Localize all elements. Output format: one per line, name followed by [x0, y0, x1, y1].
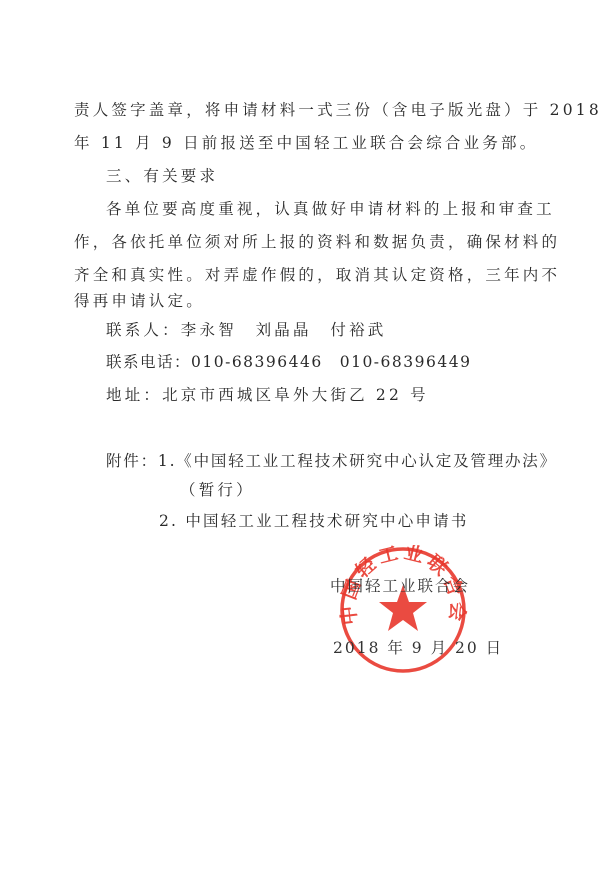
contact-phone: 联系电话：010-68396446 010-68396449 — [106, 352, 471, 372]
paragraph-line: 各单位要高度重视，认真做好申请材料的上报和审查工 — [106, 199, 555, 219]
section-heading: 三、有关要求 — [106, 166, 218, 186]
attachment-item-1-continued: （暂行） — [180, 480, 255, 500]
contact-address: 地址：北京市西城区阜外大街乙 22 号 — [106, 385, 429, 405]
attachments-label: 附件： — [106, 452, 158, 470]
paragraph-line: 责人签字盖章，将申请材料一式三份（含电子版光盘）于 2018 — [74, 100, 602, 120]
signature-date: 2018 年 9 月 20 日 — [333, 638, 503, 658]
attachment-item-2: 2. 中国轻工业工程技术研究中心申请书 — [159, 511, 469, 531]
paragraph-line: 作，各依托单位须对所上报的资料和数据负责，确保材料的 — [74, 232, 560, 252]
contact-persons: 联系人：李永智 刘晶晶 付裕武 — [106, 320, 387, 340]
paragraph-line: 得再申请认定。 — [74, 291, 205, 311]
attachment-item-1: 1.《中国轻工业工程技术研究中心认定及管理办法》 — [158, 452, 557, 470]
signature-org: 中国轻工业联合会 — [330, 576, 470, 596]
paragraph-line: 齐全和真实性。对弄虚作假的，取消其认定资格，三年内不 — [74, 265, 560, 285]
paragraph-line: 年 11 月 9 日前报送至中国轻工业联合会综合业务部。 — [74, 133, 538, 153]
